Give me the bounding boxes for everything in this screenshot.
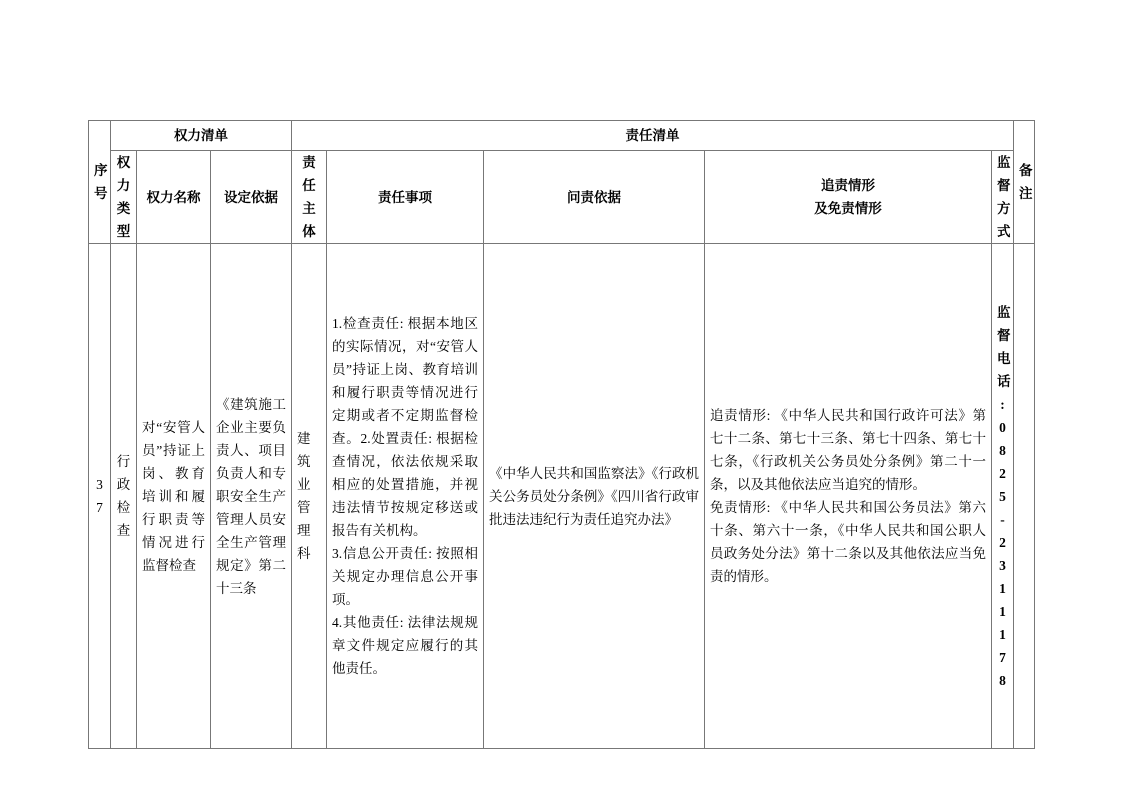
cell-setting-basis: 《建筑施工企业主要负责人、项目负责人和专职安全生产管理人员安全生产管理规定》第二… — [211, 244, 292, 749]
table-row: 37 行政检查 对“安管人员”持证上岗、教育培训和履行职责等情况进行监督检查 《… — [89, 244, 1035, 749]
cell-responsibility-subject: 建筑业管理科 — [292, 244, 327, 749]
cell-power-type: 行政检查 — [111, 244, 137, 749]
col-header-remarks: 备注 — [1014, 121, 1035, 244]
group-header-power-list: 权力清单 — [111, 121, 292, 151]
responsibility-matter-item: 1.检查责任: 根据本地区的实际情况，对“安管人员”持证上岗、教育培训和履行职责… — [332, 312, 478, 542]
cell-power-name: 对“安管人员”持证上岗、教育培训和履行职责等情况进行监督检查 — [137, 244, 211, 749]
pursuit-header-line1: 追责情形 — [710, 174, 986, 197]
col-header-pursuit-situations: 追责情形 及免责情形 — [705, 151, 992, 244]
cell-accountability-basis: 《中华人民共和国监察法》《行政机关公务员处分条例》《四川省行政审批违法违纪行为责… — [484, 244, 705, 749]
cell-supervision-phone: 监督电话: 0825-2311178 — [992, 244, 1014, 749]
col-header-serial: 序号 — [89, 121, 111, 244]
col-header-power-name: 权力名称 — [137, 151, 211, 244]
col-header-responsibility-matters: 责任事项 — [327, 151, 484, 244]
cell-serial-number: 37 — [89, 244, 111, 749]
col-header-supervision-method: 监督方式 — [992, 151, 1014, 244]
col-header-responsibility-subject: 责任主体 — [292, 151, 327, 244]
power-responsibility-table: 序号 权力清单 责任清单 备注 权力类型 权力名称 设定依据 责任主体 责任事项… — [88, 120, 1035, 749]
cell-pursuit-situations: 追责情形: 《中华人民共和国行政许可法》第七十二条、第七十三条、第七十四条、第七… — [705, 244, 992, 749]
col-header-setting-basis: 设定依据 — [211, 151, 292, 244]
responsibility-matter-item: 3.信息公开责任: 按照相关规定办理信息公开事项。 — [332, 542, 478, 611]
group-header-responsibility-list: 责任清单 — [292, 121, 1014, 151]
col-header-accountability-basis: 问责依据 — [484, 151, 705, 244]
document-page: 序号 权力清单 责任清单 备注 权力类型 权力名称 设定依据 责任主体 责任事项… — [88, 120, 1035, 749]
exemption-paragraph: 免责情形: 《中华人民共和国公务员法》第六十条、第六十一条，《中华人民共和国公职… — [710, 496, 986, 588]
pursuit-paragraph: 追责情形: 《中华人民共和国行政许可法》第七十二条、第七十三条、第七十四条、第七… — [710, 404, 986, 496]
cell-remarks — [1014, 244, 1035, 749]
responsibility-matter-item: 4.其他责任: 法律法规规章文件规定应履行的其他责任。 — [332, 611, 478, 680]
pursuit-header-line2: 及免责情形 — [710, 197, 986, 220]
col-header-power-type: 权力类型 — [111, 151, 137, 244]
cell-responsibility-matters: 1.检查责任: 根据本地区的实际情况，对“安管人员”持证上岗、教育培训和履行职责… — [327, 244, 484, 749]
